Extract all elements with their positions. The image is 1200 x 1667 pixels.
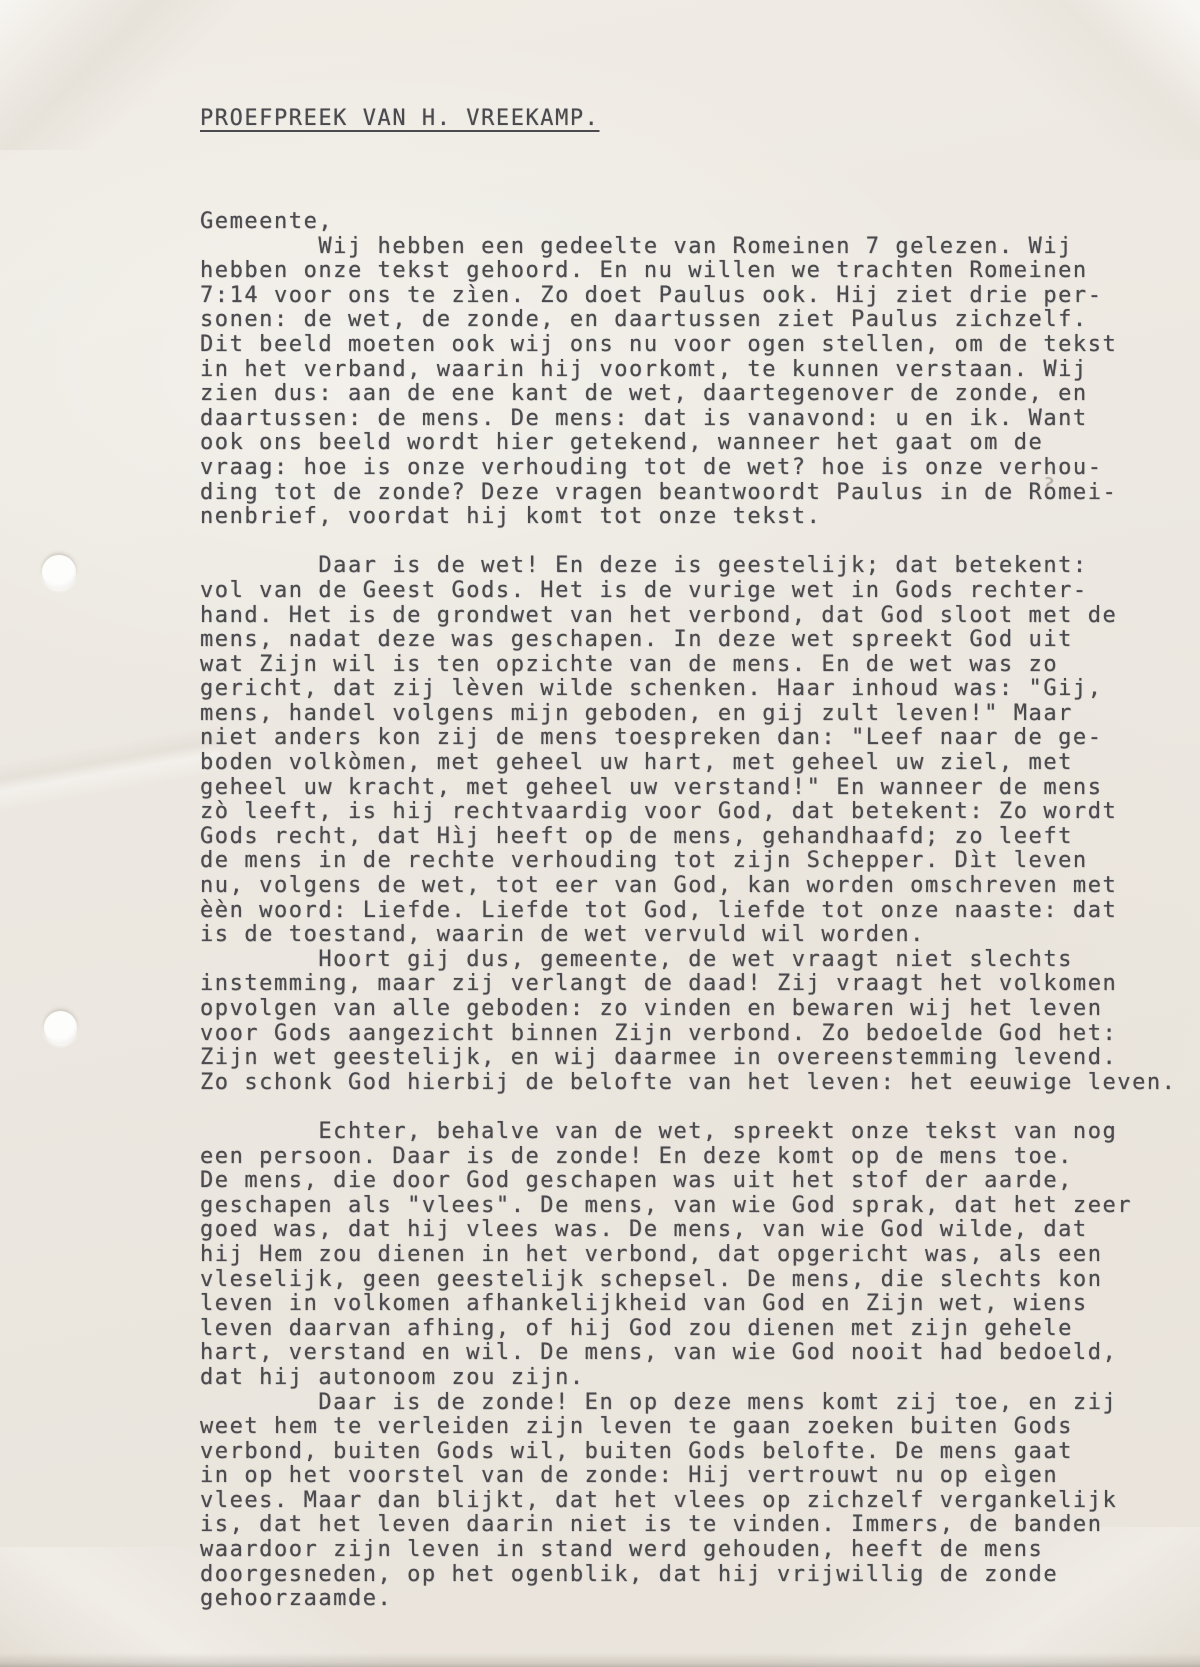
text-line: sonen: de wet, de zonde, en daartussen z…: [200, 308, 1200, 333]
text-line: voor Gods aangezicht binnen Zijn verbond…: [200, 1022, 1200, 1047]
punch-hole-top: [42, 555, 76, 589]
paper-crease-mid-left: [0, 700, 220, 820]
text-line: niet anders kon zij de mens toespreken d…: [200, 726, 1200, 751]
text-line: geschapen als "vlees". De mens, van wie …: [200, 1194, 1200, 1219]
text-line: goed was, dat hij vlees was. De mens, va…: [200, 1218, 1200, 1243]
text-line: nenbrief, voordat hij komt tot onze teks…: [200, 505, 1200, 530]
scan-bottom-edge: [0, 1653, 1200, 1667]
text-line: in het verband, waarin hij voorkomt, te …: [200, 358, 1200, 383]
text-line: Zo schonk God hierbij de belofte van het…: [200, 1071, 1200, 1096]
document-body: Gemeente, Wij hebben een gedeelte van Ro…: [200, 210, 1200, 1612]
text-line: 7:14 voor ons te zìen. Zo doet Paulus oo…: [200, 284, 1200, 309]
text-line: hart, verstand en wil. De mens, van wie …: [200, 1341, 1200, 1366]
text-line: Gods recht, dat Hìj heeft op de mens, ge…: [200, 825, 1200, 850]
text-line: daartussen: de mens. De mens: dat is van…: [200, 407, 1200, 432]
text-line: Daar is de zonde! En op deze mens komt z…: [200, 1391, 1200, 1416]
text-line: instemming, maar zij verlangt de daad! Z…: [200, 972, 1200, 997]
text-line: leven in volkomen afhankelijkheid van Go…: [200, 1292, 1200, 1317]
text-line: opvolgen van alle geboden: zo vinden en …: [200, 997, 1200, 1022]
text-line: de mens in de rechte verhouding tot zijn…: [200, 849, 1200, 874]
text-line: hebben onze tekst gehoord. En nu willen …: [200, 259, 1200, 284]
text-line: èèn woord: Liefde. Liefde tot God, liefd…: [200, 899, 1200, 924]
text-line: De mens, die door God geschapen was uit …: [200, 1169, 1200, 1194]
text-line: gehoorzaamde.: [200, 1587, 1200, 1612]
text-line: zien dus: aan de ene kant de wet, daarte…: [200, 382, 1200, 407]
text-line: in op het voorstel van de zonde: Hij ver…: [200, 1464, 1200, 1489]
paragraph-the-law: Daar is de wet! En deze is geestelijk; d…: [200, 554, 1200, 1095]
text-line: weet hem te verleiden zijn leven te gaan…: [200, 1415, 1200, 1440]
text-line: ook ons beeld wordt hier getekend, wanne…: [200, 431, 1200, 456]
text-line: nu, volgens de wet, tot eer van God, kan…: [200, 874, 1200, 899]
text-line: verbond, buiten Gods wil, buiten Gods be…: [200, 1440, 1200, 1465]
text-line: vlees. Maar dan blijkt, dat het vlees op…: [200, 1489, 1200, 1514]
text-line: doorgesneden, op het ogenblik, dat hij v…: [200, 1563, 1200, 1588]
text-line: een persoon. Daar is de zonde! En deze k…: [200, 1145, 1200, 1170]
text-line: Hoort gij dus, gemeente, de wet vraagt n…: [200, 948, 1200, 973]
text-line: leven daarvan afhing, of hij God zou die…: [200, 1317, 1200, 1342]
text-line: hij Hem zou dienen in het verbond, dat o…: [200, 1243, 1200, 1268]
text-line: mens, handel volgens mijn geboden, en gi…: [200, 702, 1200, 727]
text-line: Echter, behalve van de wet, spreekt onze…: [200, 1120, 1200, 1145]
text-line: Dit beeld moeten ook wij ons nu voor oge…: [200, 333, 1200, 358]
typewritten-content: PROEFPREEK VAN H. VREEKAMP. Gemeente, Wi…: [200, 106, 1200, 1612]
document-title: PROEFPREEK VAN H. VREEKAMP.: [200, 106, 1200, 132]
text-line: Zijn wet geestelijk, en wij daarmee in o…: [200, 1046, 1200, 1071]
text-line: zò leeft, is hij rechtvaardig voor God, …: [200, 800, 1200, 825]
text-line: is, dat het leven daarin niet is te vind…: [200, 1513, 1200, 1538]
text-line: Wij hebben een gedeelte van Romeinen 7 g…: [200, 235, 1200, 260]
text-line: mens, nadat deze was geschapen. In deze …: [200, 628, 1200, 653]
text-line: is de toestand, waarin de wet vervuld wi…: [200, 923, 1200, 948]
text-line: geheel uw kracht, met geheel uw verstand…: [200, 776, 1200, 801]
text-line: hand. Het is de grondwet van het verbond…: [200, 604, 1200, 629]
text-line: wat Zijn wil is ten opzichte van de mens…: [200, 653, 1200, 678]
text-line: dat hij autonoom zou zijn.: [200, 1366, 1200, 1391]
text-line: vleselijk, geen geestelijk schepsel. De …: [200, 1268, 1200, 1293]
text-line: vol van de Geest Gods. Het is de vurige …: [200, 579, 1200, 604]
text-line: waardoor zijn leven in stand werd gehoud…: [200, 1538, 1200, 1563]
text-line: Daar is de wet! En deze is geestelijk; d…: [200, 554, 1200, 579]
document-page: PROEFPREEK VAN H. VREEKAMP. Gemeente, Wi…: [0, 0, 1200, 1667]
punch-hole-bottom: [44, 1011, 77, 1044]
text-line: boden volkòmen, met geheel uw hart, met …: [200, 751, 1200, 776]
text-line: Gemeente,: [200, 210, 1200, 235]
paragraph-the-sin: Echter, behalve van de wet, spreekt onze…: [200, 1120, 1200, 1612]
text-line: gericht, dat zij lèven wilde schenken. H…: [200, 677, 1200, 702]
